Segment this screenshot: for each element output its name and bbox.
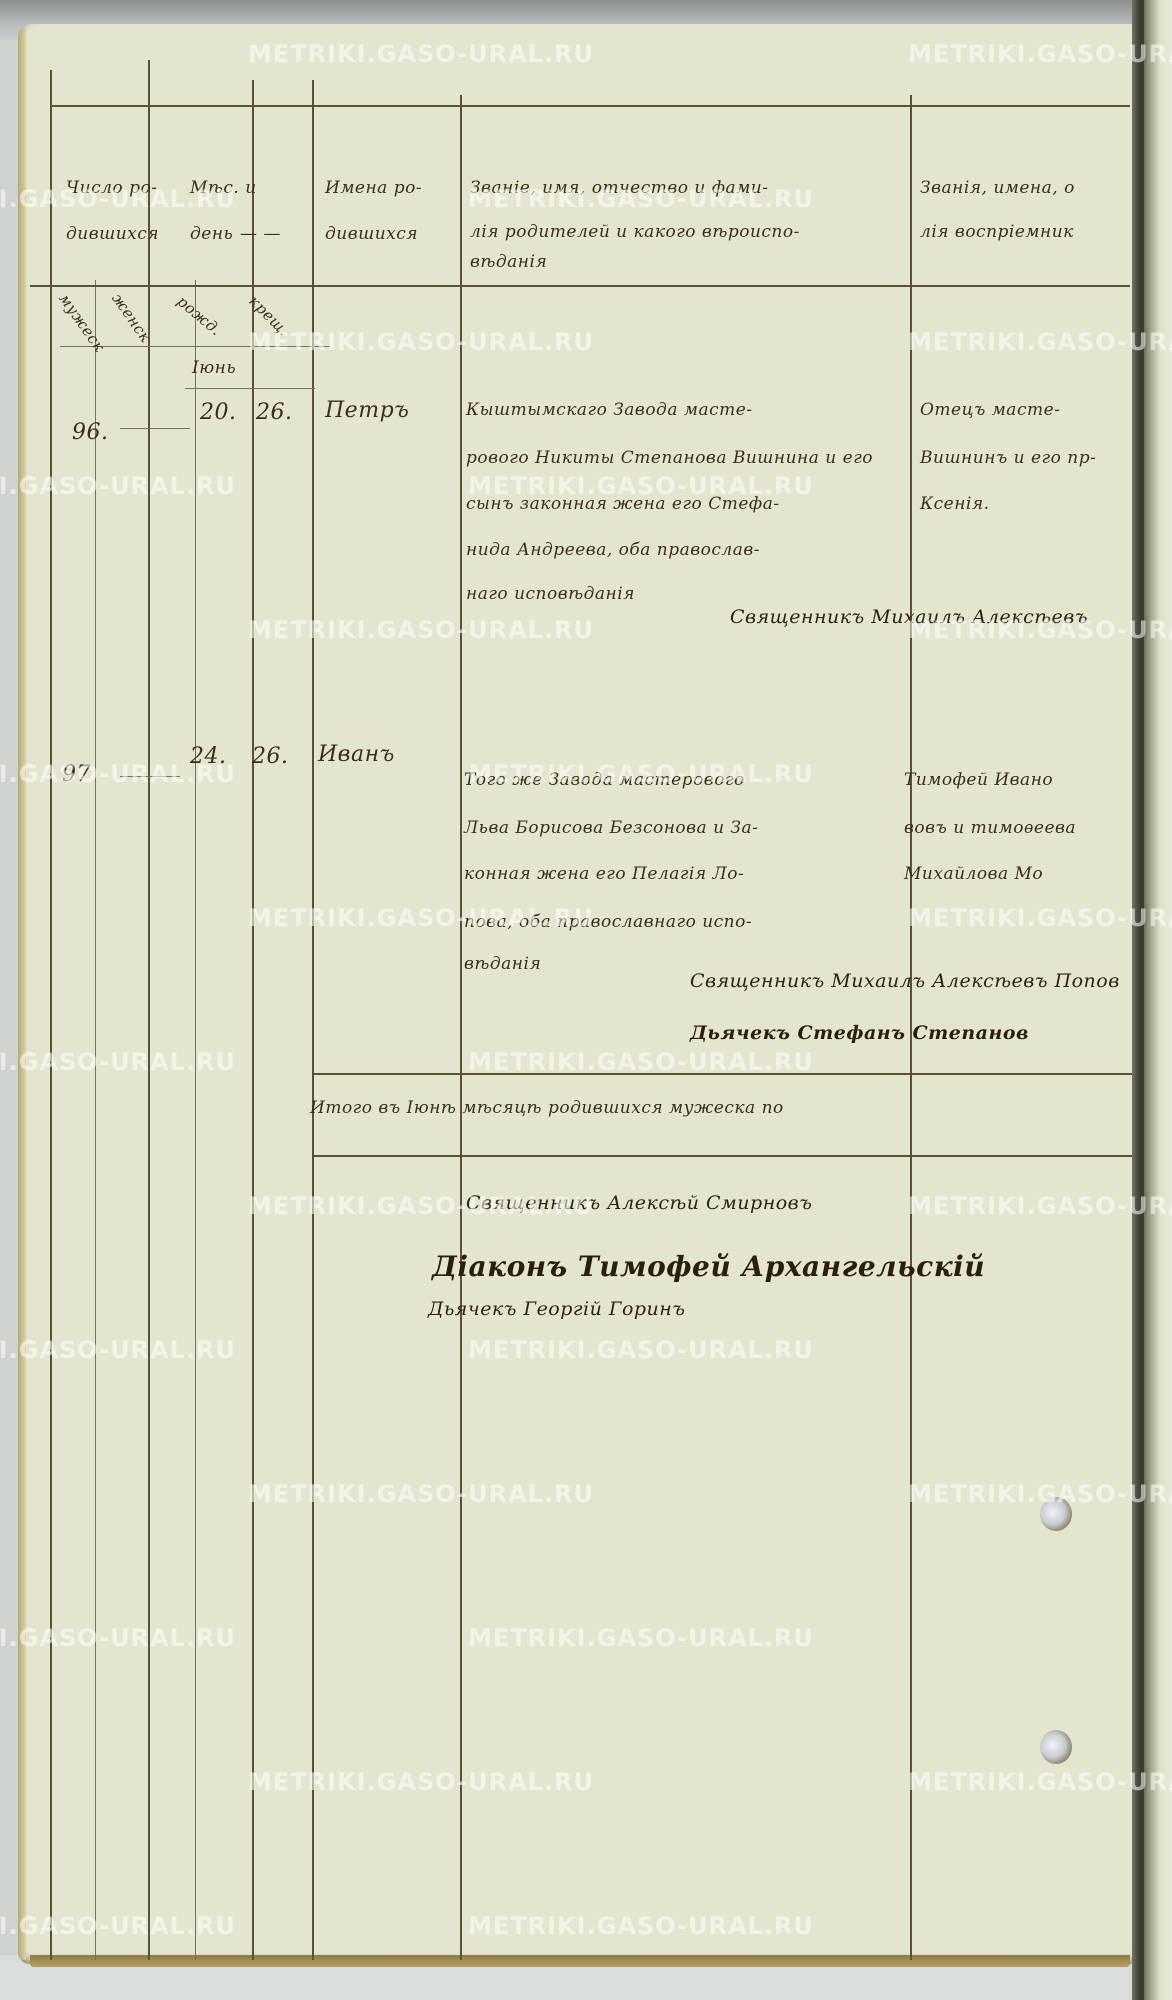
header-parents-label: вѣданія [470,252,547,272]
entry-parents-line: Льва Борисова Безсонова и За- [464,818,758,838]
entry-name: Петръ [325,398,409,423]
header-month-label: день [190,224,233,244]
entry-signature: Священникъ Михаилъ Алексѣевъ Попов [690,970,1120,992]
closing-signature-deacon: Діаконъ Тимофей Архангельскій [432,1250,985,1283]
watermark: METRIKI.GASO-URAL.RU [248,904,594,932]
entry-godparents-line: Ксенія. [920,494,990,514]
watermark: METRIKI.GASO-URAL.RU [248,1480,594,1508]
punch-hole [1040,1730,1072,1764]
book-spine-edge [1140,0,1144,2000]
watermark: METRIKI.GASO-URAL.RU [248,328,594,356]
header-name-label: Имена ро- [325,178,422,198]
watermark: METRIKI.GASO-URAL.RU [908,40,1172,68]
watermark: METRIKI.GASO-URAL.RU [468,472,814,500]
watermark: METRIKI.GASO-URAL.RU [0,1336,236,1364]
watermark: METRIKI.GASO-URAL.RU [908,1192,1172,1220]
header-parents-label: лія родителей и какого вѣроиспо- [470,222,800,242]
watermark: METRIKI.GASO-URAL.RU [248,1192,594,1220]
watermark: METRIKI.GASO-URAL.RU [468,1048,814,1076]
watermark: METRIKI.GASO-URAL.RU [0,1048,236,1076]
summary-bottom-rule [312,1155,1132,1157]
header-name-label: дившихся [325,224,418,244]
header-godparents-label: лія воспріемник [920,222,1074,242]
watermark: METRIKI.GASO-URAL.RU [908,1768,1172,1796]
watermark: METRIKI.GASO-URAL.RU [908,1480,1172,1508]
entry-parents-line: вѣданія [464,954,541,974]
watermark: METRIKI.GASO-URAL.RU [0,1624,236,1652]
watermark: METRIKI.GASO-URAL.RU [248,1768,594,1796]
subheader-month-rule [185,388,315,389]
watermark: METRIKI.GASO-URAL.RU [248,40,594,68]
subheader-month: Іюнь [192,358,236,378]
entry-parents-line: наго исповѣданія [466,584,635,604]
column-line [252,80,254,1960]
entry-name: Иванъ [318,742,395,767]
entry-parents-line: рового Никиты Степанова Вишнина и его [466,448,873,468]
entry-baptism-day: 26. [256,400,293,425]
entry-parents-line: конная жена его Пелагія Ло- [464,864,744,884]
watermark: METRIKI.GASO-URAL.RU [908,904,1172,932]
book-spine [1132,0,1172,2000]
entry-parents-line: Кыштымскаго Завода масте- [466,400,753,420]
entry-number: 96. [72,420,109,445]
column-line [148,60,150,1960]
watermark: METRIKI.GASO-URAL.RU [908,616,1172,644]
column-line [95,280,96,1960]
watermark: METRIKI.GASO-URAL.RU [908,328,1172,356]
watermark: METRIKI.GASO-URAL.RU [0,760,236,788]
header-godparents-label: Званія, имена, о [920,178,1075,198]
entry-godparents-line: Тимофей Ивано [904,770,1053,790]
entry-godparents-line: Вишнинъ и его пр- [920,448,1096,468]
watermark: METRIKI.GASO-URAL.RU [468,1336,814,1364]
entry-baptism-day: 26. [252,744,289,769]
column-line [460,95,462,1960]
header-month-dash: — — [240,224,281,244]
entry-link-line [120,428,190,429]
entry-signature: Дьячекъ Стефанъ Степанов [690,1022,1029,1044]
header-number-label: дившихся [66,224,159,244]
column-line [50,70,52,1960]
watermark: METRIKI.GASO-URAL.RU [468,1912,814,1940]
column-line [312,80,314,1960]
watermark: METRIKI.GASO-URAL.RU [468,185,814,213]
watermark: METRIKI.GASO-URAL.RU [468,1624,814,1652]
closing-signature-sexton: Дьячекъ Георгій Горинъ [428,1298,685,1320]
entry-godparents-line: Отецъ масте- [920,400,1060,420]
column-line [195,280,196,1960]
summary-total: Итого въ Іюнѣ мѣсяцѣ родившихся мужеска … [310,1098,784,1118]
watermark: METRIKI.GASO-URAL.RU [0,472,236,500]
entry-parents-line: нида Андреева, оба православ- [466,540,760,560]
entry-godparents-line: Михайлова Мо [904,864,1043,884]
watermark: METRIKI.GASO-URAL.RU [0,1912,236,1940]
watermark: METRIKI.GASO-URAL.RU [468,760,814,788]
entry-godparents-line: вовъ и тимоѳеева [904,818,1076,838]
page-left-edge [18,30,26,1960]
watermark: METRIKI.GASO-URAL.RU [0,185,236,213]
header-top-rule [50,105,1130,107]
entry-birth-day: 20. [200,400,237,425]
watermark: METRIKI.GASO-URAL.RU [248,616,594,644]
header-bottom-rule [30,285,1130,287]
